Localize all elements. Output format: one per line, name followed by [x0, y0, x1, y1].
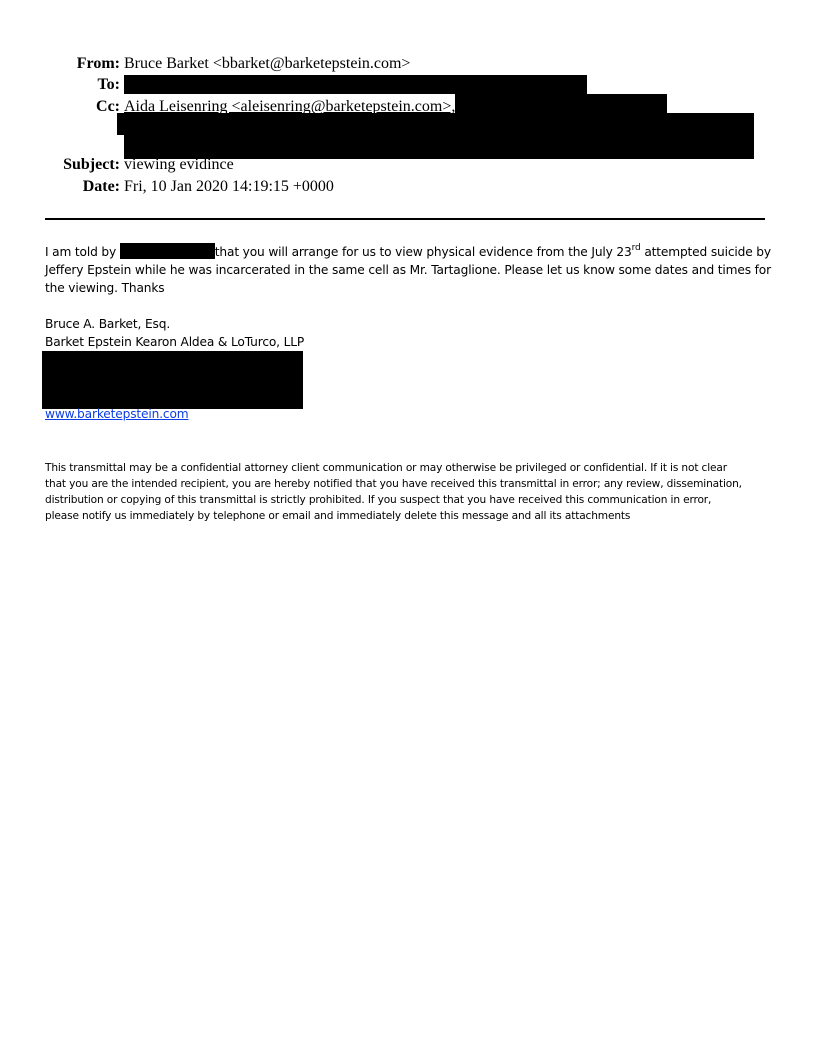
from-value: Bruce Barket <bbarket@barketepstein.com> [124, 54, 410, 73]
body-line-3: the viewing. Thanks [45, 279, 771, 297]
disclaimer-line: This transmittal may be a confidential a… [45, 460, 742, 476]
cc-redaction-inline [455, 94, 667, 113]
body-redaction [120, 243, 215, 259]
signature-contact-redaction [42, 351, 303, 409]
body-line-2: Jeffery Epstein while he was incarcerate… [45, 261, 771, 279]
date-label: Date: [0, 177, 120, 196]
date-row: Date: Fri, 10 Jan 2020 14:19:15 +0000 [0, 177, 816, 196]
body-line-1: I am told by that you will arrange for u… [45, 243, 771, 261]
from-row: From: Bruce Barket <bbarket@barketepstei… [0, 54, 816, 73]
website-row: www.barketepstein.com [45, 405, 189, 423]
ordinal-suffix: rd [632, 243, 641, 253]
confidentiality-disclaimer: This transmittal may be a confidential a… [45, 460, 742, 524]
cc-redaction-block [124, 113, 754, 159]
to-label: To: [0, 75, 120, 94]
disclaimer-line: that you are the intended recipient, you… [45, 476, 742, 492]
from-label: From: [0, 54, 120, 73]
header-divider [45, 218, 765, 220]
cc-label: Cc: [0, 97, 120, 116]
body-text-segment: I am told by [45, 245, 120, 259]
website-link[interactable]: www.barketepstein.com [45, 407, 189, 421]
to-redaction [124, 75, 587, 94]
body-text-segment: that you will arrange for us to view phy… [215, 245, 632, 259]
body-text-segment: attempted suicide by [641, 245, 771, 259]
date-value: Fri, 10 Jan 2020 14:19:15 +0000 [124, 177, 334, 196]
cc-redaction-notch [117, 113, 124, 135]
disclaimer-line: please notify us immediately by telephon… [45, 508, 742, 524]
signature: Bruce A. Barket, Esq. Barket Epstein Kea… [45, 315, 304, 351]
signature-name: Bruce A. Barket, Esq. [45, 315, 304, 333]
subject-label: Subject: [0, 155, 120, 174]
signature-firm: Barket Epstein Kearon Aldea & LoTurco, L… [45, 333, 304, 351]
disclaimer-line: distribution or copying of this transmit… [45, 492, 742, 508]
message-body: I am told by that you will arrange for u… [45, 243, 771, 297]
